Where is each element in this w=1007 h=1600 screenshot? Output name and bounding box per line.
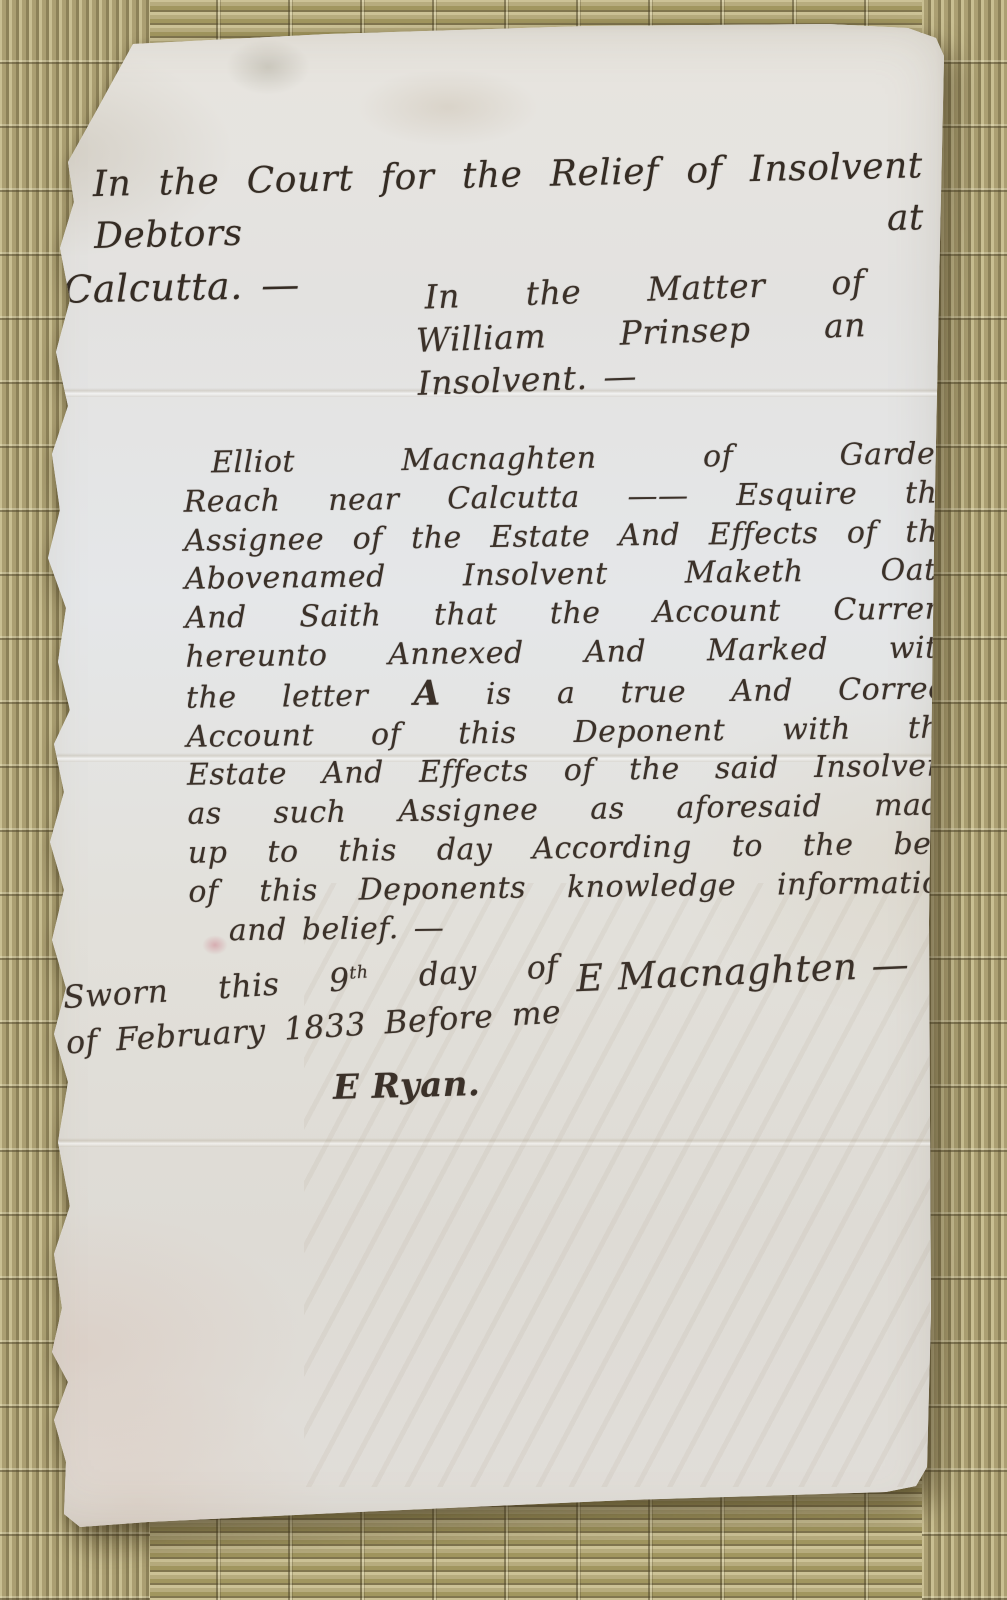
commissioner-signature: E Ryan.: [333, 1064, 481, 1108]
photo-scene: In the Court for the Relief of Insolvent…: [0, 0, 1007, 1600]
affidavit-body: Elliot Macnaghten of Garden Reach near C…: [183, 435, 961, 951]
exhibit-letter-a: A: [413, 673, 441, 713]
jurat-day-post: day of: [368, 949, 560, 997]
jurat-day-ordinal: th: [349, 962, 369, 983]
court-heading-line-1: In the Court for the Relief of Insolvent…: [60, 140, 924, 264]
exhibit-line-pre: the letter: [186, 678, 414, 716]
paper-sheet: In the Court for the Relief of Insolvent…: [28, 22, 948, 1532]
exhibit-line-post: is a true And Correct: [440, 671, 958, 712]
case-caption: In the Matter of William Prinsep an Inso…: [414, 260, 868, 405]
document-paper: In the Court for the Relief of Insolvent…: [28, 22, 948, 1532]
